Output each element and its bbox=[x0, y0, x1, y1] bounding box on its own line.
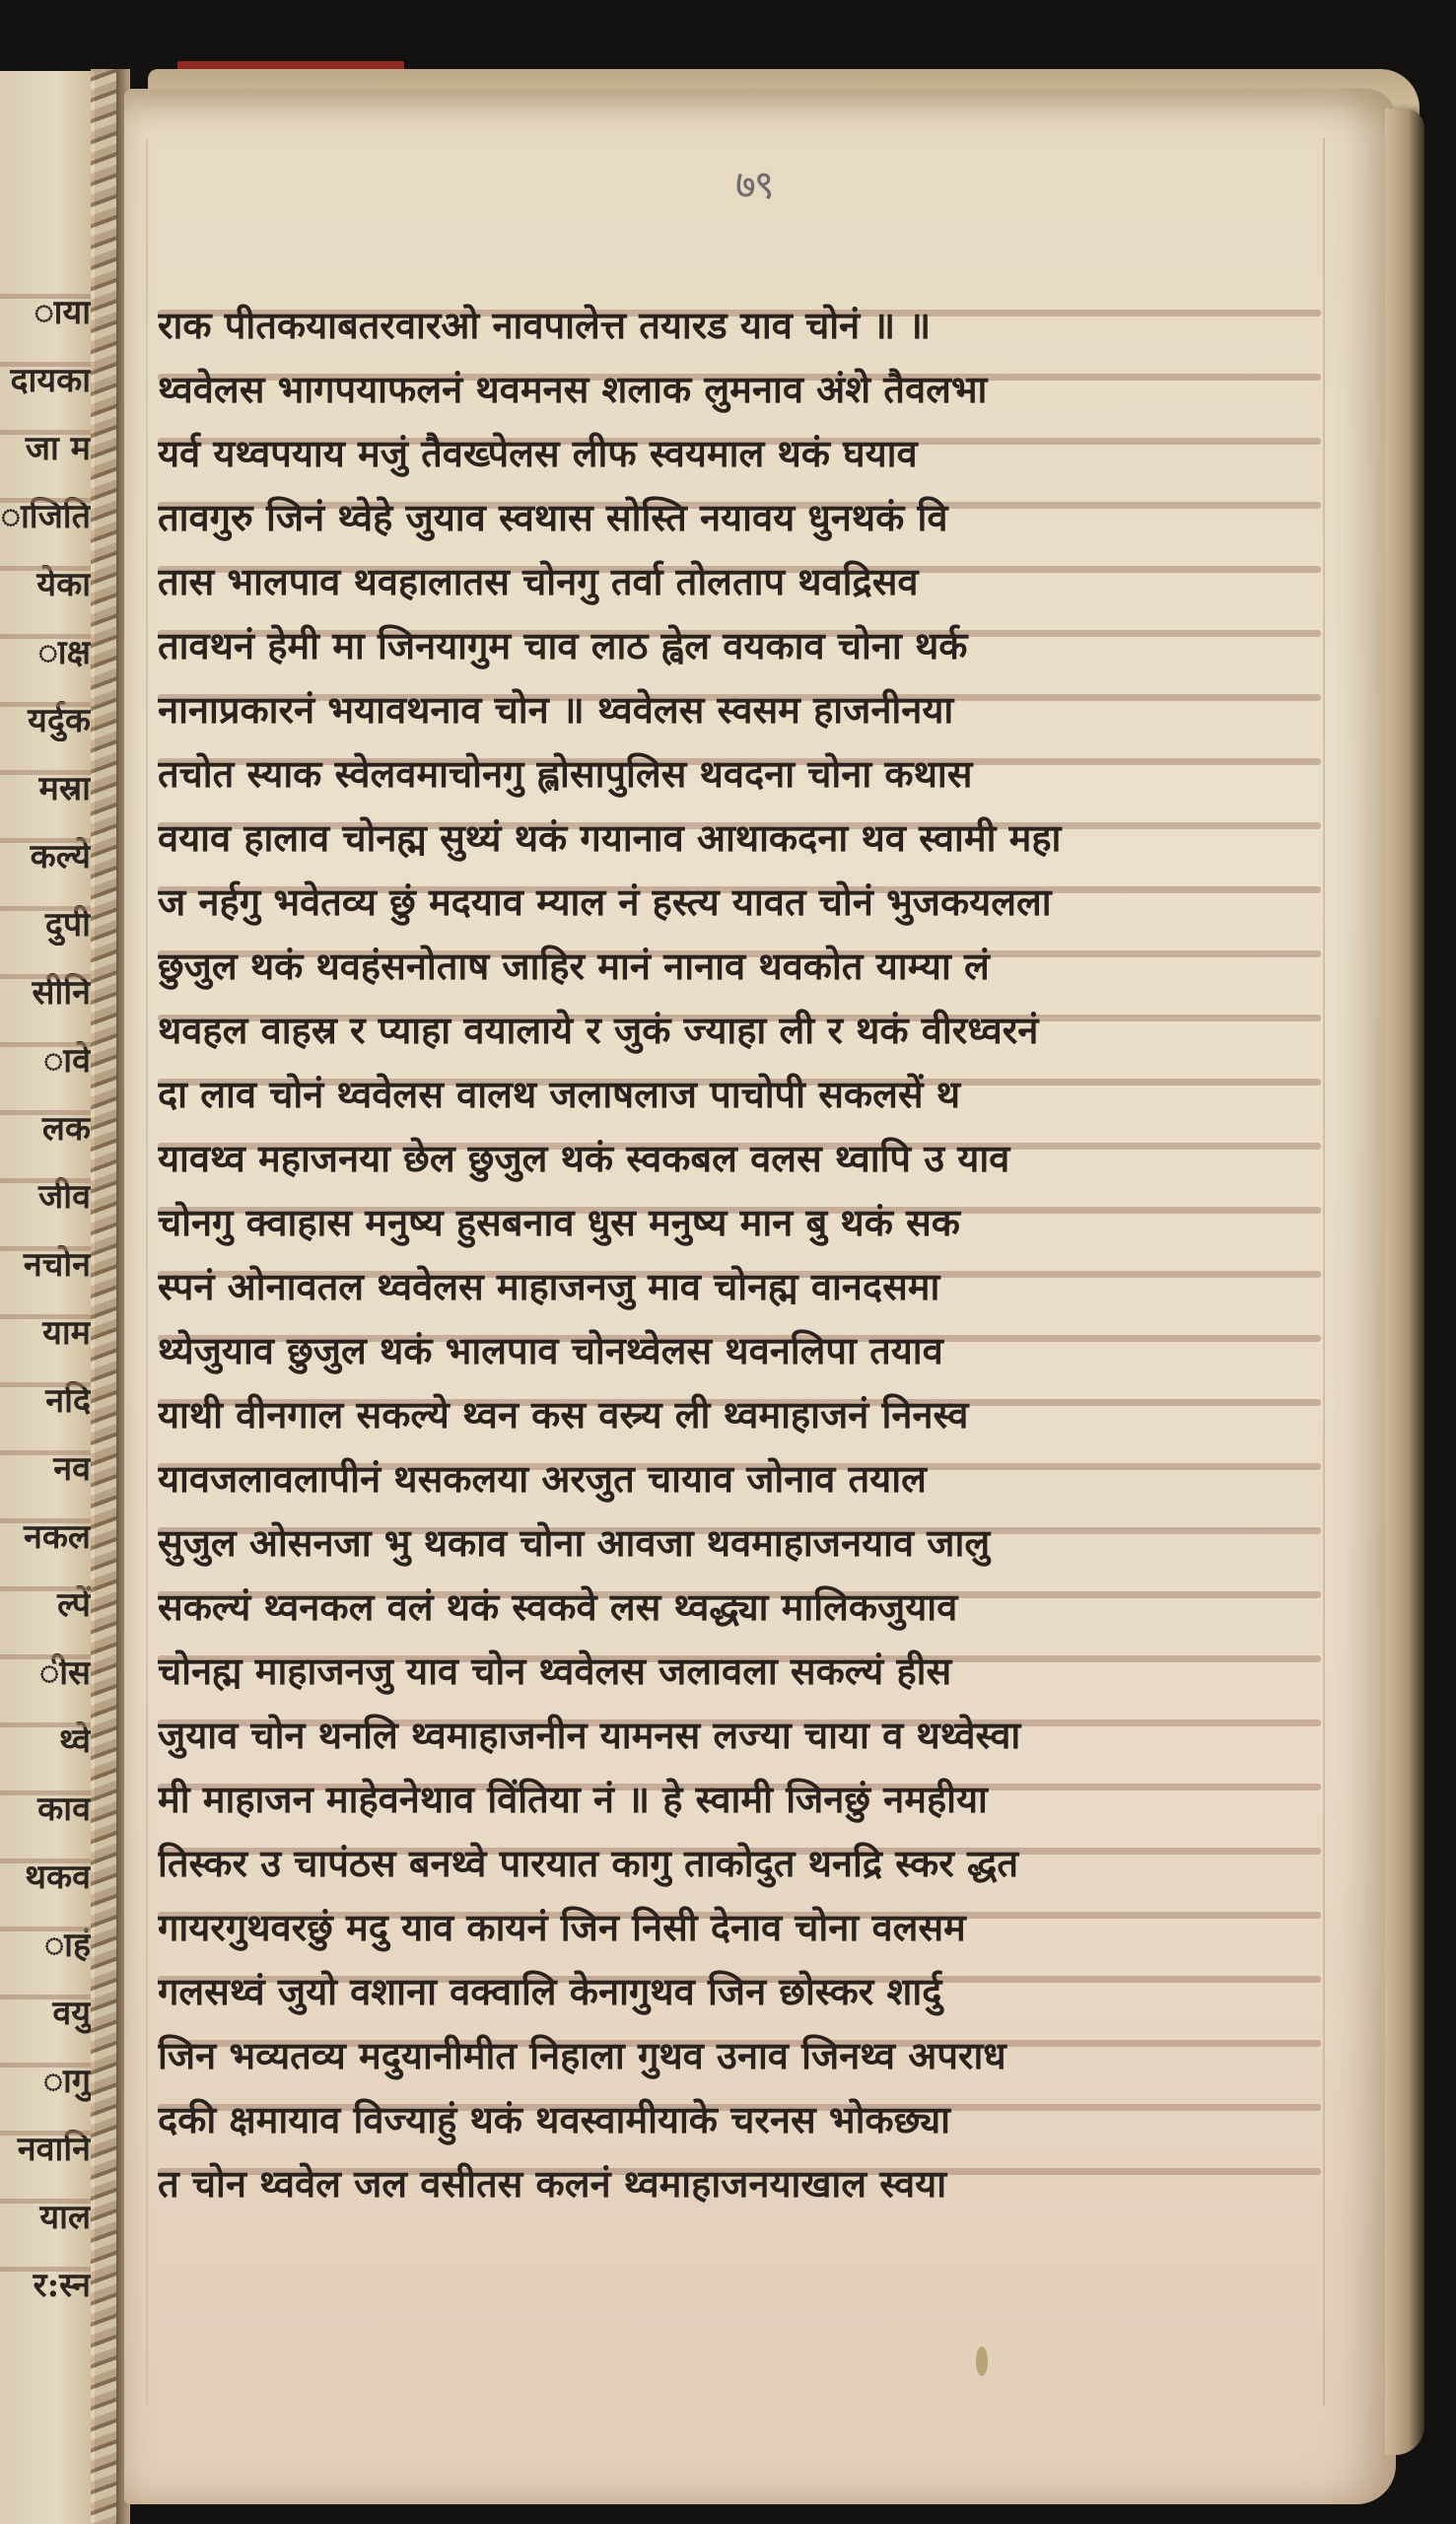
manuscript-line: याथी वीनगाल सकल्ये थ्वन कस वस्र्य ली थ्व… bbox=[158, 1385, 1321, 1449]
left-page-fragment: थ्वे bbox=[0, 1717, 91, 1762]
line-text: जुयाव चोन थनलि थ्वमाहाजनीन यामनस लज्या च… bbox=[158, 1713, 1020, 1757]
left-page-fragment: सीनि bbox=[0, 968, 91, 1014]
manuscript-line: सकल्यं थ्वनकल वलं थकं स्वकवे लस थ्वद्ध्य… bbox=[158, 1577, 1321, 1642]
manuscript-line: गायरगुथवरछुं मदु याव कायनं जिन निसी देना… bbox=[158, 1898, 1321, 1962]
line-text: थवहल वाहस्र र प्याहा वयालाये र जुकं ज्या… bbox=[158, 1008, 1038, 1052]
line-text: दकी क्षमायाव विज्याहुं थकं थवस्वामीयाके … bbox=[158, 2097, 950, 2141]
manuscript-line: तचोत स्याक स्वेलवमाचोनगु ह्लोसापुलिस थवद… bbox=[158, 744, 1321, 808]
left-page-fragment: नव bbox=[0, 1444, 91, 1490]
line-text: तावगुरु जिनं थ्वेहे जुयाव स्वथास सोस्ति … bbox=[158, 495, 947, 539]
left-page-fragment: जा म bbox=[0, 424, 91, 469]
left-page-fragment: ाया bbox=[0, 288, 91, 333]
manuscript-line: थ्येजुयाव छुजुल थकं भालपाव चोनथ्वेलस थवन… bbox=[158, 1321, 1321, 1385]
left-page-fragment: दुपी bbox=[0, 900, 91, 946]
manuscript-line: दकी क्षमायाव विज्याहुं थकं थवस्वामीयाके … bbox=[158, 2090, 1321, 2154]
manuscript-line: तावथनं हेमी मा जिनयागुम चाव लाठ ह्वेल वय… bbox=[158, 616, 1321, 680]
manuscript-line: यावजलावलापीनं थसकलया अरजुत चायाव जोनाव त… bbox=[158, 1449, 1321, 1513]
left-margin-line bbox=[146, 138, 148, 2406]
manuscript-line: सुजुल ओसनजा भु थकाव चोना आवजा थवमाहाजनया… bbox=[158, 1513, 1321, 1577]
manuscript-line: जिन भव्यतव्य मदुयानीमीत निहाला गुथव उनाव… bbox=[158, 2026, 1321, 2090]
page-number: ७९ bbox=[735, 156, 773, 210]
left-page-fragment: र:स्न bbox=[0, 2261, 91, 2306]
line-text: तावथनं हेमी मा जिनयागुम चाव लाठ ह्वेल वय… bbox=[158, 623, 967, 667]
line-text: गायरगुथवरछुं मदु याव कायनं जिन निसी देना… bbox=[158, 1905, 966, 1949]
line-text: स्पनं ओनावतल थ्ववेलस माहाजनजु माव चोनह्म… bbox=[158, 1264, 939, 1308]
manuscript-line: ज नर्हगु भवेतव्य छुं मदयाव म्याल नं हस्त… bbox=[158, 873, 1321, 937]
manuscript-line: चोनह्म माहाजनजु याव चोन थ्ववेलस जलावला स… bbox=[158, 1642, 1321, 1706]
left-page-fragment: मस्रा bbox=[0, 764, 91, 809]
ink-stain bbox=[976, 2347, 988, 2376]
line-text: नानाप्रकारनं भयावथनाव चोन ॥ थ्ववेलस स्वस… bbox=[158, 687, 953, 732]
line-text: थ्ववेलस भागपयाफलनं थवमनस शलाक लुमनाव अंश… bbox=[158, 367, 987, 411]
line-text: यर्व यथ्वपयाय मजुं तैवख्पेलस लीफ स्वयमाल… bbox=[158, 431, 918, 475]
manuscript-line: दा लाव चोनं थ्ववेलस वालथ जलाषलाज पाचोपी … bbox=[158, 1065, 1321, 1129]
line-text: जिन भव्यतव्य मदुयानीमीत निहाला गुथव उनाव… bbox=[158, 2033, 1006, 2077]
left-page-fragment: नकल bbox=[0, 1512, 91, 1558]
left-page-fragment: ावे bbox=[0, 1036, 91, 1082]
manuscript-line: स्पनं ओनावतल थ्ववेलस माहाजनजु माव चोनह्म… bbox=[158, 1257, 1321, 1321]
manuscript-line: मी माहाजन माहेवनेथाव विंतिया नं ॥ हे स्व… bbox=[158, 1770, 1321, 1834]
line-text: याथी वीनगाल सकल्ये थ्वन कस वस्र्य ली थ्व… bbox=[158, 1392, 968, 1437]
left-page-fragment: ाजिति bbox=[0, 492, 91, 537]
left-page-fragment: दायका bbox=[0, 356, 91, 401]
left-page-fragment: येका bbox=[0, 560, 91, 605]
manuscript-line: तावगुरु जिनं थ्वेहे जुयाव स्वथास सोस्ति … bbox=[158, 488, 1321, 552]
line-text: गलसथ्वं जुयो वशाना वक्वालि केनागुथव जिन … bbox=[158, 1969, 941, 2013]
line-text: चोनह्म माहाजनजु याव चोन थ्ववेलस जलावला स… bbox=[158, 1648, 951, 1693]
line-text: यावजलावलापीनं थसकलया अरजुत चायाव जोनाव त… bbox=[158, 1456, 927, 1501]
manuscript-line: यर्व यथ्वपयाय मजुं तैवख्पेलस लीफ स्वयमाल… bbox=[158, 424, 1321, 488]
manuscript-line: चोनगु क्वाहास मनुष्य हुसबनाव धुस मनुष्य … bbox=[158, 1193, 1321, 1257]
left-page-fragment: ाक्ष bbox=[0, 628, 91, 673]
right-margin-line bbox=[1323, 138, 1325, 2406]
left-page-fragment: याम bbox=[0, 1308, 91, 1354]
line-text: चोनगु क्वाहास मनुष्य हुसबनाव धुस मनुष्य … bbox=[158, 1200, 960, 1244]
line-text: छुजुल थकं थवहंसनोताष जाहिर मानं नानाव थव… bbox=[158, 944, 990, 988]
line-text: राक पीतकयाबतरवारओ नावपालेत्त तयारड याव च… bbox=[158, 303, 931, 347]
left-page-fragment: कल्ये bbox=[0, 832, 91, 877]
line-text: तचोत स्याक स्वेलवमाचोनगु ह्लोसापुलिस थवद… bbox=[158, 751, 972, 796]
left-page-fragment: याल bbox=[0, 2193, 91, 2238]
page-right-edge bbox=[1385, 108, 1424, 2455]
line-text: तास भालपाव थवहालातस चोनगु तर्वा तोलताप थ… bbox=[158, 559, 919, 603]
manuscript-line: नानाप्रकारनं भयावथनाव चोन ॥ थ्ववेलस स्वस… bbox=[158, 680, 1321, 744]
manuscript-line: वयाव हालाव चोनह्म सुथ्यं थकं गयानाव आथाक… bbox=[158, 808, 1321, 873]
left-page-fragment: नवानि bbox=[0, 2125, 91, 2170]
line-text: सकल्यं थ्वनकल वलं थकं स्वकवे लस थ्वद्ध्य… bbox=[158, 1584, 957, 1629]
line-text: सुजुल ओसनजा भु थकाव चोना आवजा थवमाहाजनया… bbox=[158, 1520, 990, 1565]
left-page-fragment: वयु bbox=[0, 1989, 91, 2034]
line-text: वयाव हालाव चोनह्म सुथ्यं थकं गयानाव आथाक… bbox=[158, 815, 1061, 860]
left-page-fragment: ागु bbox=[0, 2057, 91, 2102]
manuscript-text: राक पीतकयाबतरवारओ नावपालेत्त तयारड याव च… bbox=[158, 296, 1321, 2218]
line-text: यावथ्व महाजनया छेल छुजुल थकं स्वकबल वलस … bbox=[158, 1136, 1009, 1180]
manuscript-line: जुयाव चोन थनलि थ्वमाहाजनीन यामनस लज्या च… bbox=[158, 1706, 1321, 1770]
left-page-fragment: नचोन bbox=[0, 1240, 91, 1286]
manuscript-line: गलसथ्वं जुयो वशाना वक्वालि केनागुथव जिन … bbox=[158, 1962, 1321, 2026]
manuscript-line: छुजुल थकं थवहंसनोताष जाहिर मानं नानाव थव… bbox=[158, 937, 1321, 1001]
manuscript-line: यावथ्व महाजनया छेल छुजुल थकं स्वकबल वलस … bbox=[158, 1129, 1321, 1193]
line-text: दा लाव चोनं थ्ववेलस वालथ जलाषलाज पाचोपी … bbox=[158, 1072, 960, 1116]
manuscript-line: राक पीतकयाबतरवारओ नावपालेत्त तयारड याव च… bbox=[158, 296, 1321, 360]
manuscript-line: तास भालपाव थवहालातस चोनगु तर्वा तोलताप थ… bbox=[158, 552, 1321, 616]
line-text: ज नर्हगु भवेतव्य छुं मदयाव म्याल नं हस्त… bbox=[158, 879, 1052, 924]
manuscript-line: त चोन थ्ववेल जल वसीतस कलनं थ्वमाहाजनयाखा… bbox=[158, 2154, 1321, 2218]
manuscript-line: थवहल वाहस्र र प्याहा वयालाये र जुकं ज्या… bbox=[158, 1001, 1321, 1065]
left-page-edge: ायादायकाजा माजितियेकााक्षयर्दुकमस्राकल्य… bbox=[0, 71, 95, 2524]
manuscript-line: तिस्कर उ चापंठस बनथ्वे पारयात कागु ताकोद… bbox=[158, 1834, 1321, 1898]
left-page-fragment: नदि bbox=[0, 1376, 91, 1422]
manuscript-line: थ्ववेलस भागपयाफलनं थवमनस शलाक लुमनाव अंश… bbox=[158, 360, 1321, 424]
line-text: त चोन थ्ववेल जल वसीतस कलनं थ्वमाहाजनयाखा… bbox=[158, 2161, 946, 2206]
left-page-fragment: लक bbox=[0, 1104, 91, 1150]
left-page-fragment: काव bbox=[0, 1785, 91, 1830]
line-text: मी माहाजन माहेवनेथाव विंतिया नं ॥ हे स्व… bbox=[158, 1777, 988, 1821]
left-page-fragment: ाहं bbox=[0, 1921, 91, 1966]
left-page-fragment: ल्पें bbox=[0, 1580, 91, 1626]
left-page-fragment: थकव bbox=[0, 1853, 91, 1898]
line-text: तिस्कर उ चापंठस बनथ्वे पारयात कागु ताकोद… bbox=[158, 1841, 1018, 1885]
left-page-fragment: यर्दुक bbox=[0, 696, 91, 741]
left-page-fragment: जीव bbox=[0, 1172, 91, 1218]
left-page-fragment: ीस bbox=[0, 1648, 91, 1694]
line-text: थ्येजुयाव छुजुल थकं भालपाव चोनथ्वेलस थवन… bbox=[158, 1328, 943, 1372]
